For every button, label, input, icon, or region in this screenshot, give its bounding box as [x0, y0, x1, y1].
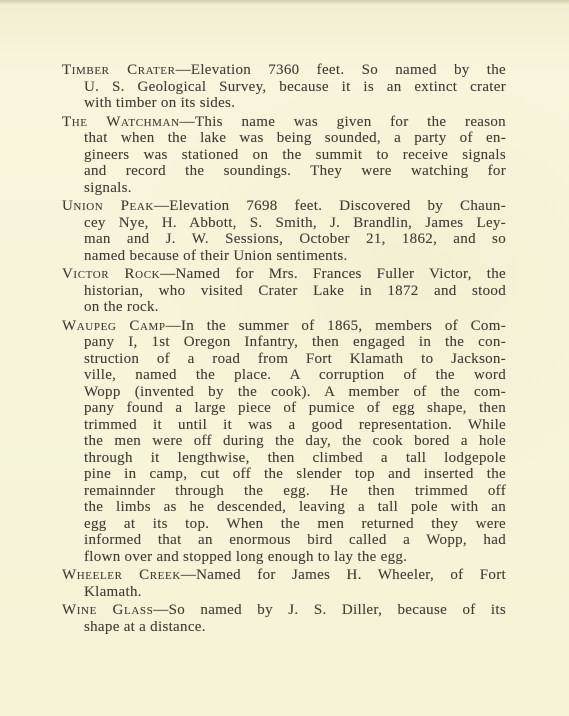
entry-line: man and J. W. Sessions, October 21, 1862…	[62, 231, 506, 248]
entry-line: egg at its top. When the men returned th…	[62, 516, 506, 533]
entry-line: shape at a distance.	[62, 619, 506, 636]
entry-line: named because of their Union sentiments.	[62, 248, 506, 265]
entry-line: the men were off during the day, the coo…	[62, 433, 506, 450]
glossary-entry: The Watchman—This name was given for the…	[62, 114, 506, 197]
entry-line: historian, who visited Crater Lake in 18…	[62, 283, 506, 300]
entry-first-line: Wine Glass—So named by J. S. Diller, bec…	[62, 602, 506, 619]
entry-line: the limbs as he descended, leaving a tal…	[62, 499, 506, 516]
entry-line: on the rock.	[62, 299, 506, 316]
entry-line: pine in camp, cut off the slender top an…	[62, 466, 506, 483]
entry-term: The Watchman	[62, 114, 180, 130]
entry-first-line: The Watchman—This name was given for the…	[62, 114, 506, 131]
entry-first-line: Waupeg Camp—In the summer of 1865, membe…	[62, 318, 506, 335]
entry-line: gineers was stationed on the summit to r…	[62, 147, 506, 164]
entry-text: —Elevation 7698 feet. Discovered by Chau…	[154, 198, 506, 214]
entry-line: pany found a large piece of pumice of eg…	[62, 400, 506, 417]
entry-line: and record the soundings. They were watc…	[62, 163, 506, 180]
glossary-entries: Timber Crater—Elevation 7360 feet. So na…	[62, 62, 506, 637]
entry-line: Wopp (invented by the cook). A member of…	[62, 384, 506, 401]
entry-line: signals.	[62, 180, 506, 197]
entry-line: ville, named the place. A corruption of …	[62, 367, 506, 384]
entry-line: remainnder through the egg. He then trim…	[62, 483, 506, 500]
entry-line: struction of a road from Fort Klamath to…	[62, 351, 506, 368]
glossary-entry: Wheeler Creek—Named for James H. Wheeler…	[62, 567, 506, 600]
entry-text: —This name was given for the reason	[180, 114, 506, 130]
entry-line: pany I, 1st Oregon Infantry, then engage…	[62, 334, 506, 351]
entry-line: U. S. Geological Survey, because it is a…	[62, 79, 506, 96]
entry-text: —Named for James H. Wheeler, of Fort	[181, 567, 506, 583]
entry-line: trimmed it until it was a good represent…	[62, 417, 506, 434]
glossary-entry: Victor Rock—Named for Mrs. Frances Fulle…	[62, 266, 506, 316]
entry-term: Union Peak	[62, 198, 154, 214]
entry-term: Victor Rock	[62, 266, 160, 282]
entry-first-line: Victor Rock—Named for Mrs. Frances Fulle…	[62, 266, 506, 283]
entry-term: Timber Crater	[62, 62, 176, 78]
entry-text: —In the summer of 1865, members of Com-	[166, 318, 506, 334]
entry-line: through it lengthwise, then climbed a ta…	[62, 450, 506, 467]
glossary-entry: Timber Crater—Elevation 7360 feet. So na…	[62, 62, 506, 112]
entry-term: Wheeler Creek	[62, 567, 181, 583]
page-top-edge-shadow	[0, 0, 569, 5]
entry-first-line: Union Peak—Elevation 7698 feet. Discover…	[62, 198, 506, 215]
entry-line: with timber on its sides.	[62, 95, 506, 112]
entry-line: informed that an enormous bird called a …	[62, 532, 506, 549]
entry-text: —So named by J. S. Diller, because of it…	[153, 602, 506, 618]
entry-first-line: Wheeler Creek—Named for James H. Wheeler…	[62, 567, 506, 584]
entry-term: Wine Glass	[62, 602, 153, 618]
entry-line: flown over and stopped long enough to la…	[62, 549, 506, 566]
glossary-entry: Waupeg Camp—In the summer of 1865, membe…	[62, 318, 506, 566]
book-page: Timber Crater—Elevation 7360 feet. So na…	[0, 0, 569, 716]
glossary-entry: Union Peak—Elevation 7698 feet. Discover…	[62, 198, 506, 264]
entry-text: —Named for Mrs. Frances Fuller Victor, t…	[160, 266, 506, 282]
glossary-entry: Wine Glass—So named by J. S. Diller, bec…	[62, 602, 506, 635]
entry-line: Klamath.	[62, 584, 506, 601]
entry-line: cey Nye, H. Abbott, S. Smith, J. Brandli…	[62, 215, 506, 232]
entry-term: Waupeg Camp	[62, 318, 166, 334]
entry-line: that when the lake was being sounded, a …	[62, 130, 506, 147]
entry-first-line: Timber Crater—Elevation 7360 feet. So na…	[62, 62, 506, 79]
entry-text: —Elevation 7360 feet. So named by the	[176, 62, 506, 78]
